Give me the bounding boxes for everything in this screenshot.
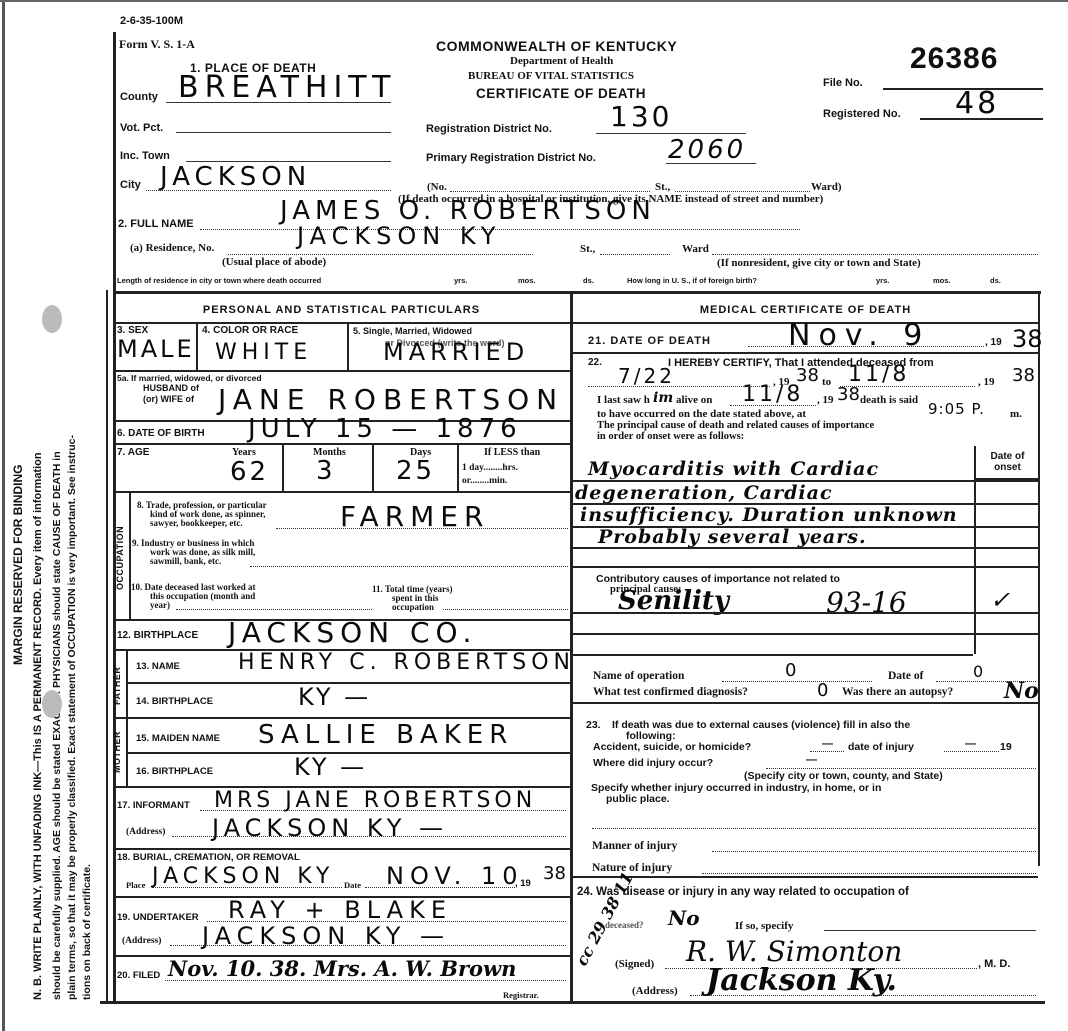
cause-rule	[573, 566, 1038, 568]
cause-rule	[573, 612, 1038, 614]
county-label: County	[120, 91, 158, 103]
date-of-death-label: 21. DATE OF DEATH	[588, 335, 711, 347]
industry-label-3: sawmill, bank, etc.	[150, 556, 221, 566]
race-value[interactable]: WHITE	[215, 340, 312, 365]
row-line	[113, 443, 570, 445]
cell-divider	[457, 443, 459, 491]
street-st-label: St.,	[655, 181, 670, 193]
form-left-border	[113, 32, 116, 1002]
physician-address-label: (Address)	[632, 985, 678, 997]
specify-note: (Specify city or town, county, and State…	[744, 770, 943, 782]
specify-whether-2: public place.	[606, 793, 670, 805]
manner-line	[712, 851, 1036, 852]
redaction-mark	[42, 690, 62, 718]
row-line	[113, 370, 570, 372]
burial-year-value[interactable]: 38	[543, 863, 566, 884]
time-suffix: m.	[1010, 408, 1022, 420]
burial-date-value[interactable]: NOV. 10	[386, 862, 524, 890]
death-year-value[interactable]: 38	[1012, 325, 1043, 353]
spouse-value[interactable]: JANE ROBERTSON	[218, 383, 564, 416]
where-value[interactable]: —	[806, 754, 817, 766]
city-value[interactable]: JACKSON	[160, 162, 311, 192]
foreign-mos: mos.	[933, 276, 951, 285]
row-line	[113, 717, 570, 719]
foreign-birth-label: How long in U. S., if of foreign birth?	[627, 276, 757, 285]
burial-place-label: Place	[126, 880, 145, 890]
injury-year-prefix: 19	[1000, 741, 1012, 753]
injury-date-line	[944, 751, 999, 752]
length-of-residence-label: Length of residence in city or town wher…	[117, 276, 321, 285]
birthplace-label: 12. BIRTHPLACE	[117, 630, 198, 641]
section-divider-top	[113, 291, 1041, 294]
contributory-code[interactable]: 93-16	[826, 586, 907, 619]
father-birthplace-value[interactable]: KY —	[298, 683, 371, 711]
time-of-death-value[interactable]: 9:05 P.	[928, 400, 985, 418]
last-saw-year[interactable]: 38	[837, 384, 860, 405]
mother-name-value[interactable]: SALLIE BAKER	[258, 720, 513, 750]
margin-instruction-line-1: N. B. WRITE PLAINLY, WITH UNFADING INK—T…	[32, 452, 45, 1000]
death-said-label: death is said	[860, 394, 918, 406]
ward-label: Ward)	[811, 181, 842, 193]
operation-label: Name of operation	[593, 670, 684, 682]
registration-district-line	[596, 133, 746, 134]
residence-label: (a) Residence, No.	[130, 242, 214, 254]
informant-address-value[interactable]: JACKSON KY —	[212, 814, 448, 842]
burial-year-prefix: , 19	[515, 878, 531, 889]
spouse-label-1: 5a. If married, widowed, or divorced	[117, 373, 262, 383]
attended-to-year[interactable]: 38	[1012, 365, 1035, 386]
vot-pct-label: Vot. Pct.	[120, 122, 163, 134]
accident-line	[810, 751, 844, 752]
father-name-label: 13. NAME	[136, 661, 180, 672]
right-border	[1038, 291, 1040, 866]
md-label: , M. D.	[978, 958, 1010, 970]
vot-pct-line	[176, 132, 391, 133]
total-time-label-3: occupation	[392, 602, 434, 612]
operation-line	[722, 681, 872, 682]
primary-registration-district-label: Primary Registration District No.	[426, 152, 596, 164]
file-number: 26386	[910, 42, 998, 76]
nature-label: Nature of injury	[592, 862, 672, 874]
age-months-value[interactable]: 3	[316, 456, 336, 486]
personal-particulars-heading: PERSONAL AND STATISTICAL PARTICULARS	[113, 304, 570, 316]
column-divider	[570, 291, 573, 1001]
age-days-value[interactable]: 25	[396, 456, 435, 486]
where-label: Where did injury occur?	[593, 757, 713, 769]
marital-label-1: 5. Single, Married, Widowed	[353, 326, 472, 336]
death-year-prefix: , 19	[985, 337, 1002, 348]
occupation-related-value[interactable]: No	[668, 906, 700, 930]
signed-label: (Signed)	[615, 958, 654, 970]
registered-no-value[interactable]: 48	[955, 86, 999, 121]
left-page-edge	[2, 0, 5, 1031]
manner-label: Manner of injury	[592, 840, 677, 852]
marital-value[interactable]: MARRIED	[383, 338, 529, 366]
form-left-border-inner	[106, 290, 108, 1002]
cause-line-3[interactable]: insufficiency. Duration unknown	[580, 504, 958, 526]
father-name-value[interactable]: HENRY C. ROBERTSON	[238, 650, 575, 675]
cause-line-1[interactable]: Myocarditis with Cardiac	[588, 458, 879, 480]
cause-rule	[573, 633, 1038, 635]
spouse-label-2: HUSBAND of	[143, 383, 199, 393]
trade-value[interactable]: FARMER	[340, 500, 489, 533]
row-line	[113, 848, 570, 850]
margin-instruction-line-2: should be carefully supplied. AGE should…	[51, 451, 64, 1000]
to-label: to	[822, 376, 831, 388]
occupation-vert-divider	[129, 491, 131, 619]
top-page-edge	[0, 0, 1068, 2]
abode-note: (Usual place of abode)	[222, 256, 326, 268]
where-line	[766, 768, 1036, 769]
filed-value[interactable]: Nov. 10. 38. Mrs. A. W. Brown	[168, 956, 516, 981]
redaction-mark	[42, 305, 62, 333]
mother-birthplace-value[interactable]: KY —	[294, 753, 367, 781]
residence-line	[228, 254, 533, 255]
external-number: 23.	[586, 719, 601, 731]
foreign-yrs: yrs.	[876, 276, 889, 285]
spouse-label-3: (or) WIFE of	[143, 394, 194, 404]
mother-name-label: 15. MAIDEN NAME	[136, 733, 220, 744]
city-label: City	[120, 179, 141, 191]
less-day-label: 1 day........hrs.	[462, 463, 518, 473]
cell-divider	[196, 322, 198, 370]
undertaker-address-label: (Address)	[122, 936, 161, 946]
if-so-label: If so, specify	[735, 920, 793, 932]
registered-no-label: Registered No.	[823, 108, 901, 120]
row-line	[113, 322, 570, 324]
death-certificate: MARGIN RESERVED FOR BINDING N. B. WRITE …	[0, 0, 1068, 1031]
residence-ward-label: Ward	[682, 243, 709, 255]
inc-town-label: Inc. Town	[120, 150, 170, 162]
informant-label: 17. INFORMANT	[117, 800, 190, 811]
principal-cause-label-2: in order of onset were as follows:	[597, 431, 744, 442]
specify-whether-line	[592, 828, 1036, 829]
row-line	[113, 491, 570, 493]
less-min-label: or........min.	[462, 476, 507, 486]
county-value[interactable]: BREATHITT	[178, 70, 396, 105]
mother-vertical-label: MOTHER	[112, 731, 122, 773]
file-no-label: File No.	[823, 77, 863, 89]
industry-line	[250, 566, 568, 567]
street-no-label: (No.	[427, 181, 447, 193]
last-worked-line	[176, 609, 372, 610]
operation-date-value[interactable]: 0	[973, 662, 986, 681]
bottom-border	[100, 1001, 1045, 1004]
attended-from-value[interactable]: 7/22	[618, 364, 675, 388]
row-line	[573, 654, 973, 656]
cause-rule	[573, 547, 1038, 549]
row-line	[573, 702, 1038, 704]
burial-place-value[interactable]: JACKSON KY	[152, 864, 334, 889]
bureau-title: BUREAU OF VITAL STATISTICS	[468, 70, 634, 82]
margin-instruction-line-3: plain terms, so that it may be properly …	[66, 435, 79, 1000]
cause-line-4[interactable]: Probably several years.	[598, 526, 867, 548]
nonresident-note: (If nonresident, give city or town and S…	[717, 257, 921, 269]
birthplace-value[interactable]: JACKSON CO.	[228, 616, 477, 649]
race-label: 4. COLOR OR RACE	[202, 325, 298, 336]
street-no-line	[450, 191, 650, 192]
cell-divider	[372, 443, 374, 491]
cause-line-2[interactable]: degeneration, Cardiac	[575, 482, 833, 504]
if-so-line	[824, 930, 1036, 931]
test-value[interactable]: 0	[817, 680, 831, 701]
foreign-ds: ds.	[990, 276, 1001, 285]
medical-certificate-heading: MEDICAL CERTIFICATE OF DEATH	[573, 304, 1038, 316]
injury-date-value[interactable]: —	[965, 738, 976, 750]
occupation-vertical-label: OCCUPATION	[115, 526, 125, 590]
length-yrs: yrs.	[454, 276, 467, 285]
residence-st-label: St.,	[580, 243, 595, 255]
last-worked-label-3: year)	[150, 600, 170, 610]
cell-divider	[347, 322, 349, 370]
dob-value[interactable]: JULY 15 — 1876	[248, 414, 522, 444]
father-vertical-label: FATHER	[112, 667, 122, 705]
principal-cause-label-1: The principal cause of death and related…	[597, 420, 874, 431]
full-name-label: 2. FULL NAME	[118, 218, 194, 230]
commonwealth-title: COMMONWEALTH OF KENTUCKY	[436, 38, 677, 54]
registrar-label: Registrar.	[503, 990, 539, 1000]
cell-divider	[282, 443, 284, 491]
less-than-label: If LESS than	[484, 447, 540, 458]
undertaker-label: 19. UNDERTAKER	[117, 912, 199, 923]
last-saw-him[interactable]: im	[653, 390, 673, 406]
trade-label-3: sawyer, bookkeeper, etc.	[150, 518, 243, 528]
informant-value[interactable]: MRS JANE ROBERTSON	[214, 788, 536, 813]
autopsy-label: Was there an autopsy?	[842, 686, 953, 698]
form-code: 2-6-35-100M	[120, 15, 183, 27]
autopsy-value[interactable]: No	[1004, 678, 1039, 704]
accident-label: Accident, suicide, or homicide?	[593, 741, 751, 753]
mother-birthplace-label: 16. BIRTHPLACE	[136, 766, 213, 777]
injury-date-label: date of injury	[848, 741, 914, 753]
residence-st-line	[600, 254, 670, 255]
primary-registration-district-value[interactable]: 2060	[668, 135, 746, 165]
date-of-death-value[interactable]: Nov. 9	[788, 318, 930, 353]
certificate-title: CERTIFICATE OF DEATH	[476, 86, 646, 101]
residence-ward-line	[712, 254, 1038, 255]
filed-label: 20. FILED	[117, 970, 160, 981]
sex-value[interactable]: MALE	[117, 335, 195, 363]
margin-instruction-line-4: tions on back of certificate.	[81, 864, 94, 1000]
alive-on-label: alive on	[676, 394, 712, 406]
department-title: Department of Health	[510, 55, 613, 67]
age-label: 7. AGE	[117, 447, 149, 458]
occurred-label: to have occurred on the date stated abov…	[597, 408, 806, 420]
undertaker-address-value[interactable]: JACKSON KY —	[202, 922, 450, 950]
row-line	[573, 876, 1038, 878]
physician-address-value[interactable]: Jackson Ky.	[706, 963, 897, 998]
side-annotation: cc 29 38 11	[572, 869, 637, 969]
date-of-onset-label: Date of onset	[980, 451, 1035, 473]
registration-district-value[interactable]: 130	[610, 100, 672, 133]
attended-to-year-prefix: , 19	[978, 376, 995, 388]
certify-number: 22.	[588, 357, 602, 368]
total-time-line	[443, 609, 568, 610]
burial-date-label: Date	[344, 880, 361, 890]
last-saw-year-prefix: , 19	[817, 394, 834, 406]
last-saw-label: I last saw h	[597, 394, 650, 406]
registration-district-label: Registration District No.	[426, 123, 552, 135]
margin-binding-note: MARGIN RESERVED FOR BINDING	[12, 465, 25, 665]
street-st-line	[675, 191, 810, 192]
residence-value[interactable]: JACKSON KY	[297, 222, 501, 250]
informant-address-label: (Address)	[126, 827, 165, 837]
dob-label: 6. DATE OF BIRTH	[117, 428, 205, 439]
onset-checkmark[interactable]: ✓	[990, 586, 1010, 614]
row-line	[573, 352, 1038, 354]
last-saw-date-value[interactable]: 11/8	[742, 382, 803, 407]
operation-value[interactable]: 0	[785, 660, 799, 681]
length-ds: ds.	[583, 276, 594, 285]
undertaker-value[interactable]: RAY + BLAKE	[228, 896, 452, 924]
operation-date-label: Date of	[888, 670, 923, 682]
accident-value[interactable]: —	[822, 738, 833, 750]
test-label: What test confirmed diagnosis?	[593, 686, 748, 698]
age-years-value[interactable]: 62	[230, 457, 269, 487]
nature-line	[702, 873, 1036, 874]
form-number: Form V. S. 1-A	[119, 37, 195, 52]
father-birthplace-label: 14. BIRTHPLACE	[136, 696, 213, 707]
burial-label: 18. BURIAL, CREMATION, OR REMOVAL	[117, 852, 300, 863]
length-mos: mos.	[518, 276, 536, 285]
